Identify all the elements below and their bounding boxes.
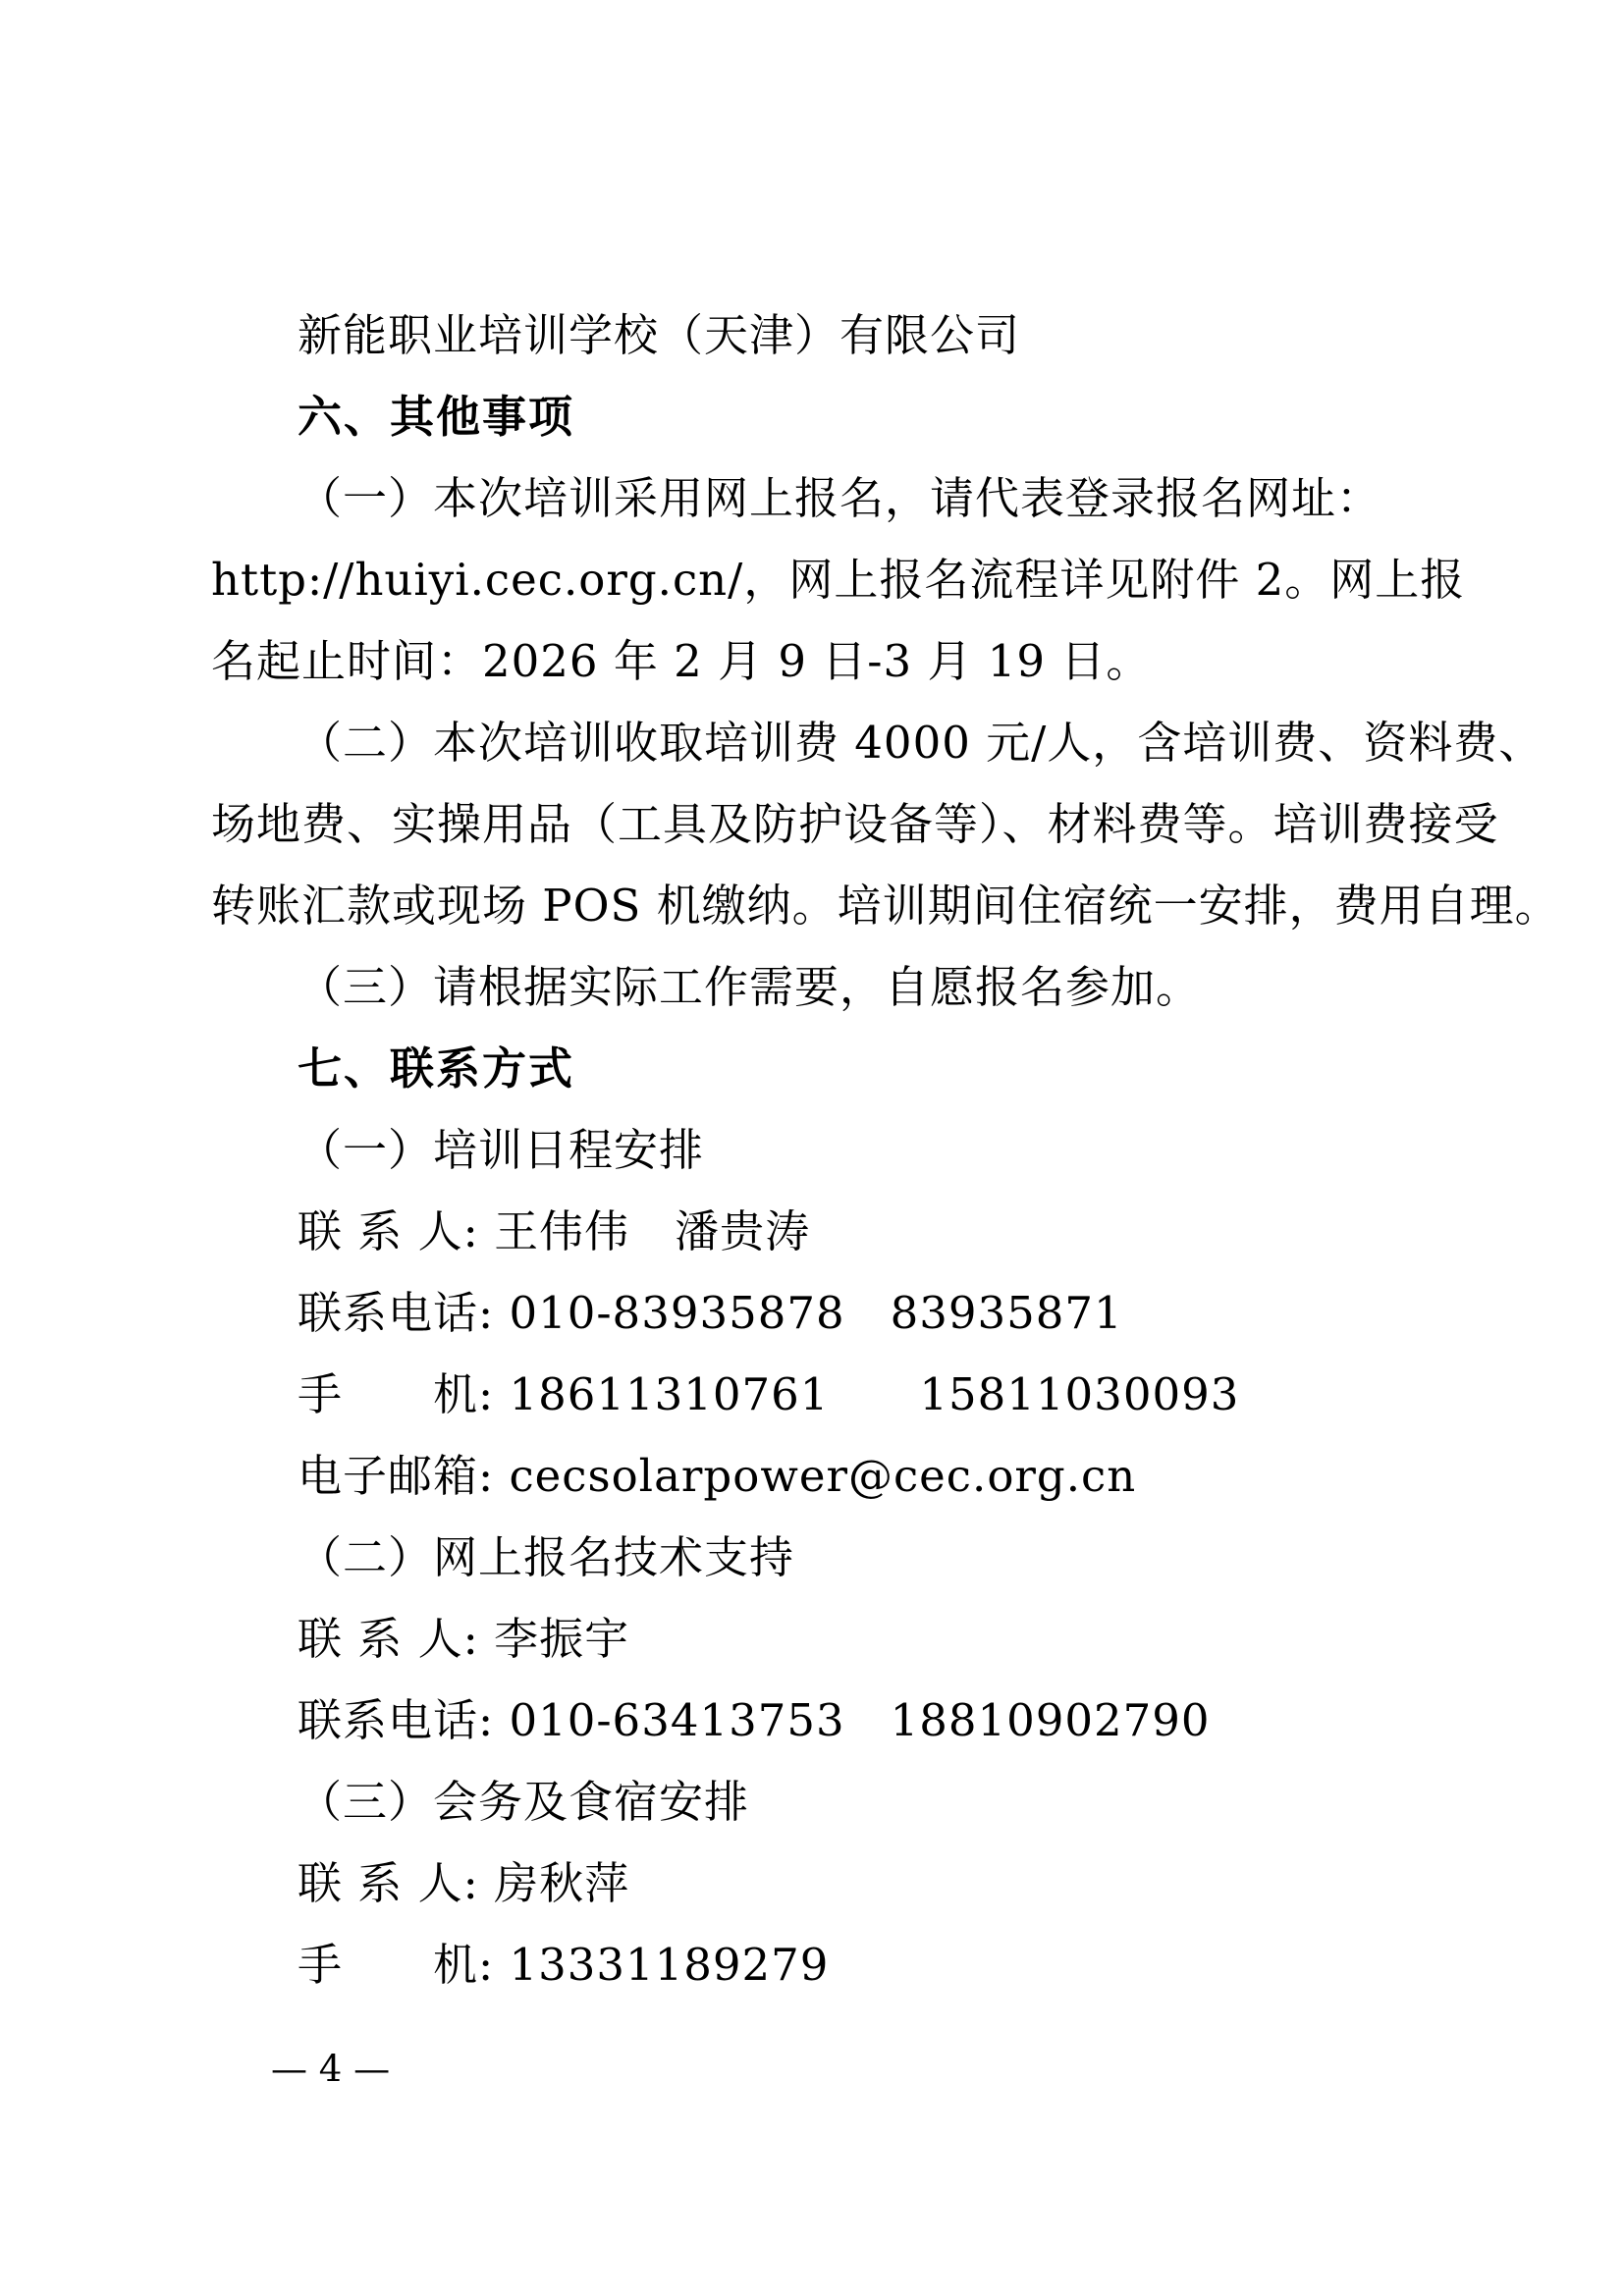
para-6-2-line-2: 场地费、实操用品（工具及防护设备等）、材料费等。培训费接受 [211,783,1419,865]
para-6-1-line-2-registration-url: http://huiyi.cec.org.cn/，网上报名流程详见附件 2。网上… [211,539,1419,620]
page-number: — 4 — [271,2044,390,2095]
section-heading-six: 六、其他事项 [211,376,1419,457]
email-line: 电子邮箱: cecsolarpower@cec.org.cn [211,1435,1419,1517]
contact-person-line-2: 联 系 人: 李振宇 [211,1598,1419,1680]
para-6-1-line-1: （一）本次培训采用网上报名，请代表登录报名网址： [211,457,1419,539]
contact-person-line-1: 联 系 人: 王伟伟 潘贵涛 [211,1191,1419,1272]
subheading-7-2-tech-support: （二）网上报名技术支持 [211,1517,1419,1598]
subheading-7-3-logistics: （三）会务及食宿安排 [211,1761,1419,1842]
document-body: 新能职业培训学校（天津）有限公司 六、其他事项 （一）本次培训采用网上报名，请代… [211,294,1419,2005]
subheading-7-1-schedule: （一）培训日程安排 [211,1109,1419,1191]
para-6-2-line-1-fee: （二）本次培训收取培训费 4000 元/人，含培训费、资料费、 [211,702,1419,783]
para-6-3-voluntary: （三）请根据实际工作需要，自愿报名参加。 [211,946,1419,1028]
company-name-line: 新能职业培训学校（天津）有限公司 [211,294,1419,376]
contact-phone-line-2: 联系电话: 010-63413753 18810902790 [211,1680,1419,1761]
para-6-2-line-3: 转账汇款或现场 POS 机缴纳。培训期间住宿统一安排，费用自理。 [211,865,1419,946]
contact-person-line-3: 联 系 人: 房秋萍 [211,1842,1419,1924]
mobile-line-2: 手 机: 13331189279 [211,1924,1419,2005]
section-heading-seven: 七、联系方式 [211,1028,1419,1109]
contact-phone-line-1: 联系电话: 010-83935878 83935871 [211,1272,1419,1354]
para-6-1-line-3-dates: 名起止时间：2026 年 2 月 9 日-3 月 19 日。 [211,620,1419,702]
mobile-line-1: 手 机: 18611310761 15811030093 [211,1354,1419,1435]
document-page: 新能职业培训学校（天津）有限公司 六、其他事项 （一）本次培训采用网上报名，请代… [0,0,1624,2296]
